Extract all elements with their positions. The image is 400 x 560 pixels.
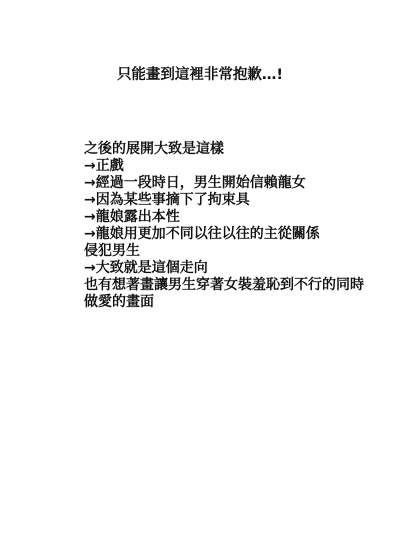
plot-outline: 之後的展開大致是這樣 →正戲 →經過一段時日，男生開始信賴龍女 →因為某些事摘下… — [84, 141, 384, 311]
outline-step: →龍娘用更加不同以往以往的主從關係 — [84, 226, 384, 243]
outline-step: →經過一段時日，男生開始信賴龍女 — [84, 175, 384, 192]
outline-note-continued: 做愛的畫面 — [84, 294, 384, 311]
page-title: 只能畫到這裡非常抱歉…! — [0, 66, 400, 84]
outline-step: →因為某些事摘下了拘束具 — [84, 192, 384, 209]
outline-note: 也有想著畫讓男生穿著女裝羞恥到不行的同時 — [84, 277, 384, 294]
outline-intro: 之後的展開大致是這樣 — [84, 141, 384, 158]
outline-step: →正戲 — [84, 158, 384, 175]
outline-step: →龍娘露出本性 — [84, 209, 384, 226]
outline-step: →大致就是這個走向 — [84, 260, 384, 277]
outline-step-continued: 侵犯男生 — [84, 243, 384, 260]
